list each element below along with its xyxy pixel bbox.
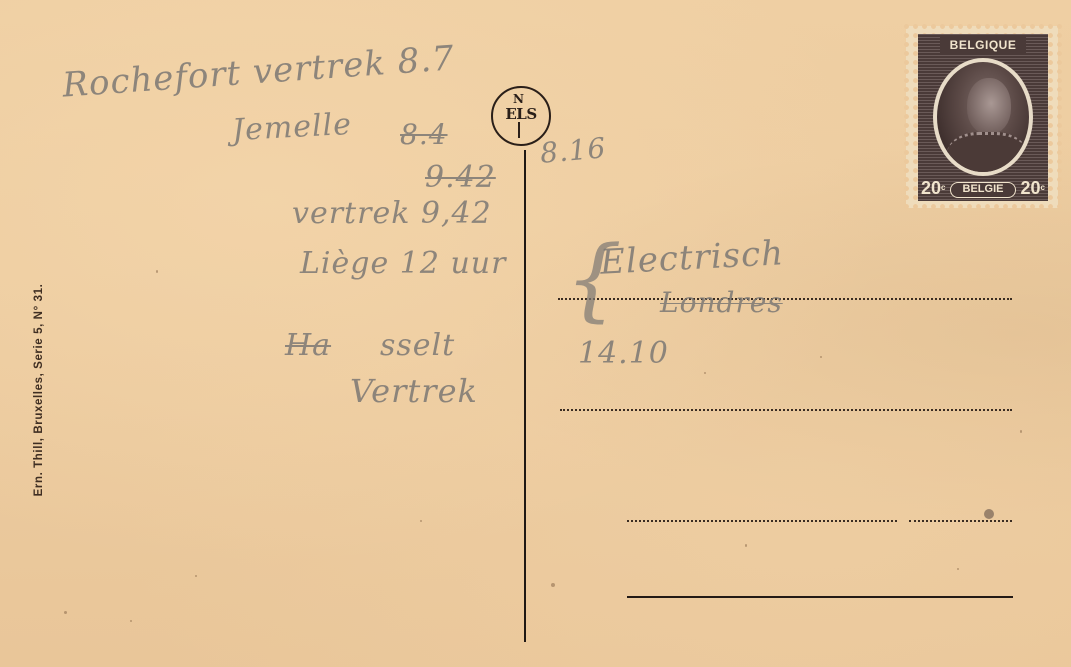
paper-speck bbox=[64, 611, 67, 614]
handwriting-jemelle: Jemelle bbox=[231, 107, 353, 148]
paper-speck bbox=[130, 620, 132, 622]
logo-stem bbox=[518, 122, 520, 138]
stamp-currency-left: c bbox=[941, 183, 945, 192]
handwriting-struck-942: 9.42 bbox=[425, 160, 496, 195]
logo-initial: N bbox=[513, 92, 524, 106]
handwriting-struck-ha: Ha bbox=[285, 328, 331, 363]
paper-speck bbox=[704, 372, 706, 374]
stamp-value-right-number: 20 bbox=[1021, 178, 1041, 198]
center-divider bbox=[524, 150, 526, 642]
stamp-country-top: BELGIQUE bbox=[940, 37, 1026, 53]
handwriting-vertrek-942: vertrek 9,42 bbox=[292, 196, 492, 231]
stamp-portrait-frame bbox=[933, 58, 1033, 176]
portrait-uniform bbox=[947, 132, 1027, 172]
address-line-2 bbox=[560, 409, 1012, 411]
handwriting-jemelle-time: 8.16 bbox=[539, 131, 608, 170]
address-line-4 bbox=[627, 596, 1013, 598]
postage-stamp: BELGIQUE 20c BELGIE 20c bbox=[918, 34, 1048, 201]
address-line-3b bbox=[909, 520, 1012, 522]
handwriting-liege: Liège 12 uur bbox=[300, 246, 506, 281]
stamp-value-right: 20c bbox=[1021, 179, 1045, 197]
stamp-currency-right: c bbox=[1041, 183, 1045, 192]
king-portrait-icon bbox=[937, 62, 1029, 172]
portrait-head bbox=[967, 78, 1011, 134]
paper-speck bbox=[957, 568, 959, 570]
handwriting-londres: Londres bbox=[660, 286, 783, 319]
postcard-back: Ern. Thill, Bruxelles, Serie 5, N° 31. N… bbox=[0, 0, 1071, 667]
paper-speck bbox=[820, 356, 822, 358]
ink-stain bbox=[984, 509, 994, 519]
handwriting-struck-time: 8.4 bbox=[400, 118, 448, 151]
address-line-3a bbox=[627, 520, 897, 522]
paper-speck bbox=[1020, 430, 1022, 433]
handwriting-time-1410: 14.10 bbox=[578, 336, 669, 371]
handwriting-hasselt: sselt bbox=[380, 328, 455, 363]
handwriting-electrisch: Electrisch bbox=[599, 233, 785, 283]
stamp-value-left-number: 20 bbox=[921, 178, 941, 198]
paper-speck bbox=[156, 270, 158, 273]
handwriting-line-1: Rochefort vertrek 8.7 bbox=[61, 38, 456, 105]
paper-speck bbox=[195, 575, 197, 577]
handwriting-vertrek: Vertrek bbox=[350, 372, 478, 410]
paper-speck bbox=[745, 544, 747, 547]
stamp-value-left: 20c bbox=[921, 179, 945, 197]
publisher-imprint: Ern. Thill, Bruxelles, Serie 5, N° 31. bbox=[33, 284, 45, 497]
logo-text: ELS bbox=[493, 105, 549, 123]
paper-speck bbox=[551, 583, 555, 587]
paper-speck bbox=[420, 520, 422, 522]
stamp-country-bottom: BELGIE bbox=[950, 182, 1016, 198]
